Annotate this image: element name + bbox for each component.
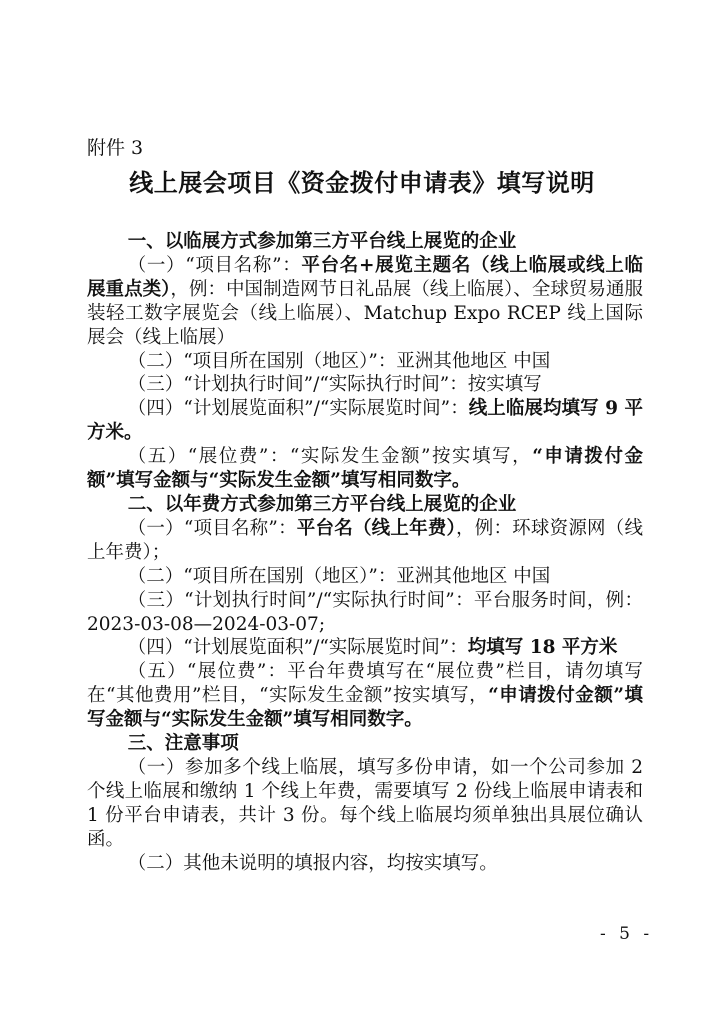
section-2-item-1: （一）“项目名称”：平台名（线上年费），例：环球资源网（线上年费）；	[87, 517, 643, 565]
section-1-item-1: （一）“项目名称”：平台名+展览主题名（线上临展或线上临展重点类），例：中国制造…	[87, 254, 643, 350]
section-1-item-2: （二）“项目所在国别（地区）”：亚洲其他地区 中国	[87, 350, 643, 374]
section-1-item-4: （四）“计划展览面积”/“实际展览时间”：线上临展均填写 9 平方米。	[87, 397, 643, 445]
section-1-item-3: （三）“计划执行时间”/“实际执行时间”：按实填写	[87, 373, 643, 397]
section-2-item-3: （三）“计划执行时间”/“实际执行时间”：平台服务时间，例：2023-03-08…	[87, 589, 643, 637]
section-heading-3: 三、注意事项	[87, 732, 643, 756]
annex-label: 附件 3	[87, 136, 143, 160]
section-3-item-2: （二）其他未说明的填报内容，均按实填写。	[87, 852, 643, 876]
section-1-item-5: （五）“展位费”：“实际发生金额”按实填写，“申请拨付金额”填写金额与“实际发生…	[87, 445, 643, 493]
document-title: 线上展会项目《资金拨付申请表》填写说明	[0, 168, 724, 198]
section-heading-2: 二、以年费方式参加第三方平台线上展览的企业	[87, 493, 643, 517]
section-heading-1: 一、以临展方式参加第三方平台线上展览的企业	[87, 230, 643, 254]
section-2-item-2: （二）“项目所在国别（地区）”：亚洲其他地区 中国	[87, 565, 643, 589]
section-3-item-1: （一）参加多个线上临展，填写多份申请，如一个公司参加 2 个线上临展和缴纳 1 …	[87, 756, 643, 852]
document-body: 一、以临展方式参加第三方平台线上展览的企业 （一）“项目名称”：平台名+展览主题…	[87, 230, 643, 875]
section-2-item-4: （四）“计划展览面积”/“实际展览时间”：均填写 18 平方米	[87, 636, 643, 660]
page-number: - 5 -	[600, 924, 653, 944]
section-2-item-5: （五）“展位费”：平台年费填写在“展位费”栏目，请勿填写在“其他费用”栏目，“实…	[87, 660, 643, 732]
